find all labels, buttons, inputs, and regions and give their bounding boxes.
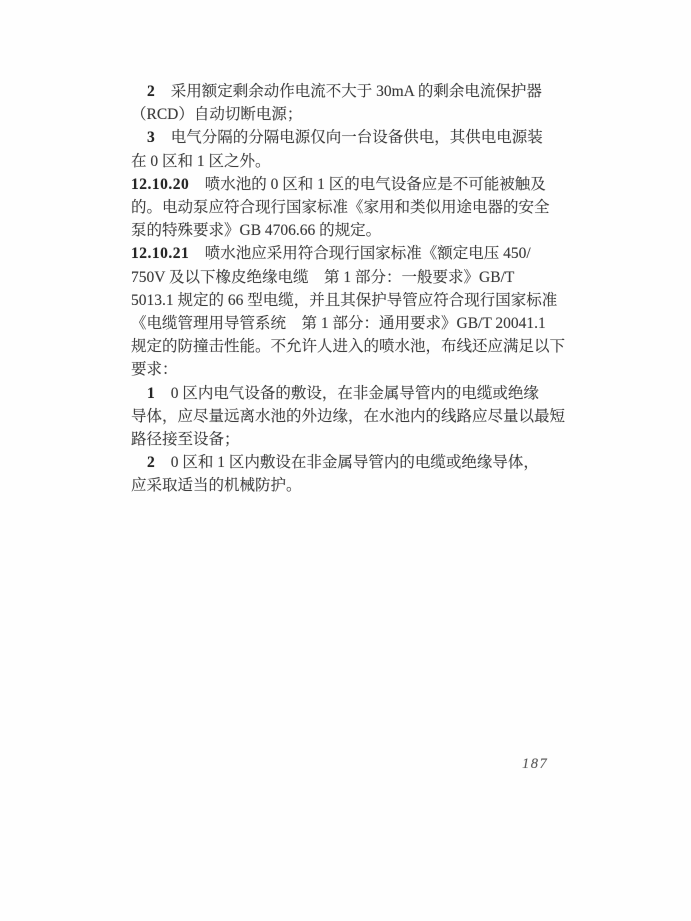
text-line: 2 0 区和 1 区内敷设在非金属导管内的电缆或绝缘导体， — [131, 451, 569, 474]
clause-number: 12.10.20 — [131, 176, 189, 193]
clause-number: 1 — [147, 385, 155, 402]
clause-text: （RCD）自动切断电源； — [131, 106, 302, 123]
clause-number: 2 — [147, 83, 155, 100]
clause-text: 5013.1 规定的 66 型电缆，并且其保护导管应符合现行国家标准 — [131, 292, 557, 309]
clause-text: 《电缆管理用导管系统 第 1 部分：通用要求》GB/T 20041.1 — [131, 315, 546, 332]
clause-text: 750V 及以下橡皮绝缘电缆 第 1 部分：一般要求》GB/T — [131, 269, 514, 286]
text-line: 《电缆管理用导管系统 第 1 部分：通用要求》GB/T 20041.1 — [131, 312, 569, 335]
clause-text: 采用额定剩余动作电流不大于 30mA 的剩余电流保护器 — [155, 83, 542, 100]
text-line: 12.10.20 喷水池的 0 区和 1 区的电气设备应是不可能被触及 — [131, 173, 569, 196]
text-line: 750V 及以下橡皮绝缘电缆 第 1 部分：一般要求》GB/T — [131, 266, 569, 289]
clause-text: 喷水池的 0 区和 1 区的电气设备应是不可能被触及 — [189, 176, 546, 193]
clause-number: 12.10.21 — [131, 245, 189, 262]
clause-text: 导体，应尽量远离水池的外边缘，在水池内的线路应尽量以最短 — [131, 408, 565, 425]
clause-text: 喷水池应采用符合现行国家标准《额定电压 450/ — [189, 245, 530, 262]
clause-text: 电气分隔的分隔电源仅向一台设备供电，其供电电源装 — [155, 129, 543, 146]
text-line: 泵的特殊要求》GB 4706.66 的规定。 — [131, 219, 569, 242]
clause-text: 0 区和 1 区内敷设在非金属导管内的电缆或绝缘导体， — [155, 454, 539, 471]
page-number: 187 — [522, 756, 548, 773]
clause-text: 泵的特殊要求》GB 4706.66 的规定。 — [131, 222, 381, 239]
clause-text: 路径接至设备； — [131, 431, 240, 448]
text-line: 12.10.21 喷水池应采用符合现行国家标准《额定电压 450/ — [131, 242, 569, 265]
text-line: 3 电气分隔的分隔电源仅向一台设备供电，其供电电源装 — [131, 126, 569, 149]
text-line: （RCD）自动切断电源； — [131, 103, 569, 126]
text-line: 规定的防撞击性能。不允许人进入的喷水池，布线还应满足以下 — [131, 335, 569, 358]
text-line: 在 0 区和 1 区之外。 — [131, 150, 569, 173]
text-line: 的。电动泵应符合现行国家标准《家用和类似用途电器的安全 — [131, 196, 569, 219]
document-page: 2 采用额定剩余动作电流不大于 30mA 的剩余电流保护器（RCD）自动切断电源… — [0, 0, 691, 921]
text-line: 1 0 区内电气设备的敷设，在非金属导管内的电缆或绝缘 — [131, 382, 569, 405]
text-line: 导体，应尽量远离水池的外边缘，在水池内的线路应尽量以最短 — [131, 405, 569, 428]
clause-text: 在 0 区和 1 区之外。 — [131, 153, 271, 170]
clause-number: 2 — [147, 454, 155, 471]
clause-text: 规定的防撞击性能。不允许人进入的喷水池，布线还应满足以下 — [131, 338, 565, 355]
body-text: 2 采用额定剩余动作电流不大于 30mA 的剩余电流保护器（RCD）自动切断电源… — [131, 80, 569, 498]
clause-number: 3 — [147, 129, 155, 146]
clause-text: 应采取适当的机械防护。 — [131, 477, 302, 494]
clause-text: 的。电动泵应符合现行国家标准《家用和类似用途电器的安全 — [131, 199, 550, 216]
clause-text: 要求： — [131, 361, 178, 378]
clause-text: 0 区内电气设备的敷设，在非金属导管内的电缆或绝缘 — [155, 385, 539, 402]
text-line: 应采取适当的机械防护。 — [131, 474, 569, 497]
text-line: 要求： — [131, 358, 569, 381]
text-line: 路径接至设备； — [131, 428, 569, 451]
text-line: 2 采用额定剩余动作电流不大于 30mA 的剩余电流保护器 — [131, 80, 569, 103]
text-line: 5013.1 规定的 66 型电缆，并且其保护导管应符合现行国家标准 — [131, 289, 569, 312]
